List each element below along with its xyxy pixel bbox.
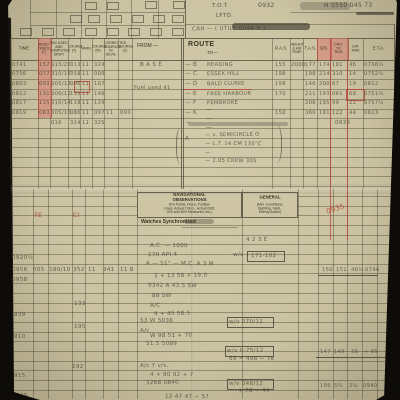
handwritten-entry: 51.5 5089 <box>146 341 177 347</box>
handwritten-entry: 505 <box>33 267 45 273</box>
handwritten-entry: ESSEX HILL <box>207 71 240 77</box>
handwritten-entry: TE <box>34 212 42 219</box>
handwritten-entry: 214 <box>318 71 329 77</box>
handwritten-entry: — <box>206 115 212 122</box>
handwritten-entry: 11 <box>88 267 96 273</box>
handwritten-entry: 0813 <box>364 110 378 116</box>
handwritten-entry: 4 + 80 92 + 7 <box>150 372 194 378</box>
handwritten-entry: 061 <box>332 91 343 97</box>
handwritten-entry: 324 <box>93 61 104 67</box>
handwritten-entry: — C <box>185 71 197 77</box>
handwritten-entry: 352 <box>73 267 85 273</box>
handwritten-entry: 0920½ <box>12 255 33 261</box>
handwritten-entry: 195 <box>318 100 329 106</box>
handwritten-entry: 181 <box>332 61 343 67</box>
handwritten-entry: 149 <box>334 349 345 355</box>
handwritten-entry: 300/12 <box>51 90 71 96</box>
handwritten-entry: A/c <box>140 328 150 334</box>
handwritten-entry: 2000 <box>291 61 305 67</box>
handwritten-entry: 155 <box>275 61 286 67</box>
handwritten-entry: 0817 <box>12 100 26 106</box>
handwritten-entry: 097 <box>93 110 104 116</box>
handwritten-entry: 083 <box>39 110 50 116</box>
handwritten-entry: 9342 A 43.5 SW <box>148 283 197 289</box>
handwritten-entry: 14 <box>348 71 355 77</box>
handwritten-entry: — <box>185 120 191 126</box>
handwritten-entry: 313 <box>69 61 80 67</box>
handwritten-entry: 077 <box>39 71 50 77</box>
handwritten-entry: — B <box>185 61 197 67</box>
handwritten-entry: 305/15 <box>51 81 71 87</box>
handwritten-entry: 11 <box>81 81 88 87</box>
handwritten-entry: 0935 <box>335 120 351 126</box>
handwritten-entry: w/v <box>233 252 244 258</box>
handwritten-entry: 358 <box>69 71 80 77</box>
handwritten-entry: 3268 0840 <box>146 380 179 386</box>
handwritten-entry: 200 <box>318 81 329 87</box>
handwritten-entry: 195 <box>320 383 331 389</box>
handwritten-entry: 11 <box>81 100 88 106</box>
handwritten-entry: 11 B <box>120 267 134 273</box>
handwritten-entry: — F <box>185 100 197 106</box>
handwritten-entry: 129 <box>93 100 104 106</box>
scanned-nav-log: T.O.T 0932 H 0550 045 73 LFTO CAH — ( UT… <box>0 0 400 400</box>
handwritten-entry: w/v 070/12 <box>229 319 263 325</box>
handwritten-entry: 086 <box>69 110 80 116</box>
handwritten-entry: 157 <box>39 61 50 67</box>
handwritten-entry: 36 <box>351 349 358 355</box>
handwritten-entry: 0752½ <box>364 71 384 77</box>
handwritten-entry: 5¾ <box>334 383 343 389</box>
handwritten-entry: 096 <box>69 81 80 87</box>
handwritten-entry: 11 <box>81 61 88 67</box>
handwritten-entry: 310 <box>332 71 343 77</box>
handwritten-entry: 0744 <box>365 267 379 273</box>
handwritten-entry: 193 <box>318 91 329 97</box>
handwritten-entry: — L.T. 14 CM 135°C <box>205 141 262 147</box>
handwritten-entry: 68 <box>348 91 355 97</box>
handwritten-entry: 198 <box>275 81 286 87</box>
handwritten-entry: 3 + 13 58 + 19.0 <box>154 273 207 280</box>
handwritten-entry: 177 <box>304 61 315 67</box>
handwritten-entry: W 98 51 + 70 <box>150 333 192 340</box>
handwritten-entry: — K <box>185 110 197 116</box>
handwritten-entry: 11 <box>81 110 88 116</box>
handwritten-entry: 174 <box>318 61 329 67</box>
red-scribble: 0935 <box>325 202 346 215</box>
handwritten-entry: 151 <box>336 267 347 273</box>
handwritten-entry: 341 <box>103 267 115 273</box>
handwritten-entry: A.C. — 1000 <box>150 243 188 249</box>
handwritten-entry: 131 <box>39 91 50 97</box>
handwritten-entry: 093 <box>39 81 50 87</box>
handwritten-entry: — <box>206 124 212 131</box>
handwritten-entry: — <box>205 150 211 156</box>
handwritten-entry: + 95 <box>364 349 378 355</box>
handwritten-entry: 0757½ <box>364 100 384 106</box>
handwritten-entry: 0956 <box>12 267 27 273</box>
handwritten-entry: 11 <box>106 110 113 116</box>
handwritten-entry: 147 <box>320 349 331 355</box>
handwritten-entry: 67 <box>332 81 339 87</box>
handwritten-entry: — <box>206 106 212 113</box>
handwritten-entry: 0756 <box>12 71 26 77</box>
handwriting-layer: 0741157315/20313113240756077310/18358110… <box>0 0 400 400</box>
handwritten-entry: 44 <box>348 110 355 116</box>
handwritten-entry: w/v 0-75/12 <box>227 348 264 354</box>
handwritten-entry: 0741 <box>12 61 26 67</box>
handwritten-entry: 206 <box>304 100 315 106</box>
handwritten-entry: 0812 <box>12 91 26 97</box>
handwritten-entry: 22 <box>348 100 355 106</box>
handwritten-entry: — E <box>185 91 197 97</box>
handwritten-entry: 0940 <box>363 383 377 389</box>
handwritten-entry: BALD CLUNIE <box>207 81 245 87</box>
handwritten-entry: 107 <box>93 81 104 87</box>
handwritten-entry: 115 <box>39 100 50 106</box>
handwritten-entry: 360 <box>304 110 315 116</box>
handwritten-entry: A/C <box>150 303 161 309</box>
handwritten-entry: 198 <box>275 71 286 77</box>
handwritten-entry: 122 <box>332 110 343 116</box>
handwritten-entry: 135 <box>69 91 80 97</box>
handwritten-entry: CI <box>73 212 80 219</box>
handwritten-entry: 4 + 45 58.5 <box>154 311 191 317</box>
handwritten-entry: 181 <box>318 110 329 116</box>
handwritten-entry: 211 <box>304 91 315 97</box>
handwritten-entry: 180/10 <box>49 267 71 273</box>
handwritten-entry: 0751½ <box>364 90 384 96</box>
handwritten-entry: 12 47 47 − 57 <box>165 394 209 400</box>
handwritten-entry: FREE HARBOUR <box>207 90 251 97</box>
handwritten-entry: 4 2 3 E <box>246 237 268 243</box>
handwritten-entry: 11 <box>81 71 88 77</box>
handwritten-entry: 11 <box>81 91 88 97</box>
handwritten-entry: 150 <box>275 110 286 116</box>
handwritten-entry: 118 <box>69 100 80 106</box>
handwritten-entry: 325 <box>93 120 104 126</box>
handwritten-entry: 2¾ <box>349 383 358 389</box>
handwritten-entry: — D <box>185 81 198 87</box>
handwritten-entry: 146 <box>304 81 315 87</box>
handwritten-entry: A <box>185 136 189 142</box>
handwritten-entry: 0812 <box>364 81 378 87</box>
handwritten-entry: 0803 <box>12 81 26 87</box>
handwritten-entry: 310/14 <box>51 100 71 106</box>
handwritten-entry: 195 <box>74 324 86 330</box>
handwritten-entry: 69 = 498 − 78 <box>229 356 274 362</box>
handwritten-entry: — 2.05 CREW 305 <box>205 158 257 164</box>
handwritten-entry: 0819 <box>12 110 26 116</box>
handwritten-entry: 093 <box>119 110 130 116</box>
handwritten-entry: 40¼ <box>351 267 364 273</box>
handwritten-entry: 170 API 4 <box>148 252 177 258</box>
handwritten-entry: 19 <box>348 81 355 87</box>
handwritten-entry: 198 <box>304 71 315 77</box>
handwritten-entry: READING <box>207 61 233 67</box>
handwritten-entry: — v. SEMICIRCLE O <box>205 132 260 139</box>
handwritten-entry: w/v 048/12 <box>229 381 263 387</box>
handwritten-entry: 53 W 5036 <box>140 318 173 324</box>
handwritten-entry: B A S E <box>140 62 162 68</box>
handwritten-entry: 88 SW <box>152 293 172 299</box>
handwritten-entry: A — 51° — M.C. A 3 M <box>146 261 214 268</box>
handwritten-entry: 11 <box>81 120 88 126</box>
handwritten-entry: A/c Y v/s. <box>140 363 169 369</box>
handwritten-entry: 315/20 <box>51 61 71 67</box>
handwritten-entry: Fuel used 41 <box>134 85 171 91</box>
handwritten-entry: 46 <box>348 61 355 67</box>
handwritten-entry: 0736½ <box>364 61 384 67</box>
handwritten-entry: 133 <box>74 301 86 307</box>
handwritten-entry: 170 <box>275 91 286 97</box>
handwritten-entry: 305/10 <box>51 110 71 116</box>
handwritten-entry: 314 <box>69 120 80 126</box>
handwritten-entry: + 78 − 44 <box>238 388 270 394</box>
handwritten-entry: 150 <box>322 267 333 273</box>
handwritten-entry: 99 <box>332 100 339 106</box>
handwritten-entry: 0958 <box>12 277 28 283</box>
handwritten-entry: 171-102 <box>251 253 277 259</box>
handwritten-entry: 192 <box>72 364 84 370</box>
handwritten-entry: 016 <box>51 120 62 126</box>
handwritten-entry: 310/18 <box>51 71 71 77</box>
handwritten-entry: 146 <box>93 91 104 97</box>
handwritten-entry: 009 <box>93 71 104 77</box>
